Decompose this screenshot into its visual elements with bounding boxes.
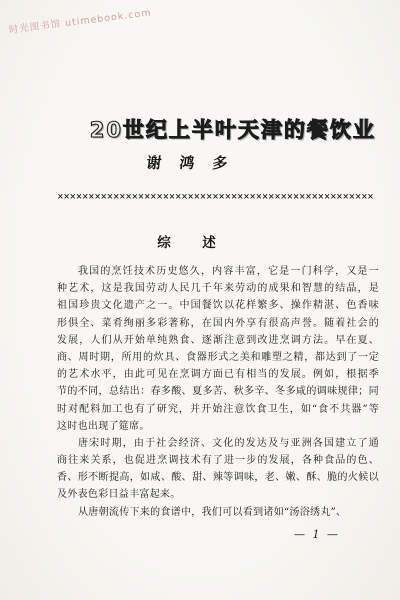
body-line: 种艺术，这是我国劳动人民几千年来劳动的成果和智慧的结晶，是 xyxy=(57,280,379,297)
body-line: 这时也出现了筵席。 xyxy=(57,418,379,435)
body-text: 我国的烹饪技术历史悠久，内容丰富，它是一门科学，又是一种艺术，这是我国劳动人民几… xyxy=(57,263,379,521)
ornament-divider: ××××××××××××××××××××××××××××××××××××××××… xyxy=(57,190,374,202)
body-line: 商、周时期，所用的炊具、食器形式之美和雕塑之精，都达到了一定 xyxy=(57,349,379,366)
body-line: 的艺术水平，由此可见在烹调方面已有相当的发展。例如，根据季 xyxy=(57,366,379,383)
body-line: 节的不同，总结出：春多酸、夏多苦、秋多辛、冬多咸的调味规律；同 xyxy=(57,383,379,400)
body-line: 我国的烹饪技术历史悠久，内容丰富，它是一门科学，又是一 xyxy=(57,263,379,280)
body-line: 发展，人们从开始单纯熟食、逐渐注意到改进烹调方法。早在夏、 xyxy=(57,332,379,349)
body-line: 时对配料加工也有了研究，并开始注意饮食卫生，如“食不共器”等 xyxy=(57,401,379,418)
article-title: 20世纪上半叶天津的餐饮业 xyxy=(40,116,376,145)
body-line: 祖国珍贵文化遗产之一。中国餐饮以花样繁多、操作精湛、色香味 xyxy=(57,297,379,314)
section-heading: 综 述 xyxy=(0,231,382,251)
body-line: 香、形不断提高，如咸、酸、甜、辣等调味，老、嫩、酥、脆的火候以 xyxy=(57,469,379,486)
body-line: 形俱全、菜肴绚丽多彩著称，在国内外享有很高声誉。随着社会的 xyxy=(57,315,379,332)
body-line: 从唐朝流传下来的食谱中，我们可以看到诸如“汤浴绣丸”、 xyxy=(57,504,379,521)
page-number: — 1 — xyxy=(294,528,340,541)
body-line: 商往来关系，也促进烹调技术有了进一步的发展，各种食品的色、 xyxy=(57,452,379,469)
body-line: 及外表色彩日益丰富起来。 xyxy=(57,486,379,503)
body-line: 唐宋时期，由于社会经济、文化的发达及与亚洲各国建立了通 xyxy=(57,435,379,452)
author-name: 谢鸿多 xyxy=(0,152,393,173)
scanned-book-page: 时光图书馆 utimebook.com 20世纪上半叶天津的餐饮业 谢鸿多 ××… xyxy=(0,0,400,600)
library-watermark: 时光图书馆 utimebook.com xyxy=(8,5,152,36)
